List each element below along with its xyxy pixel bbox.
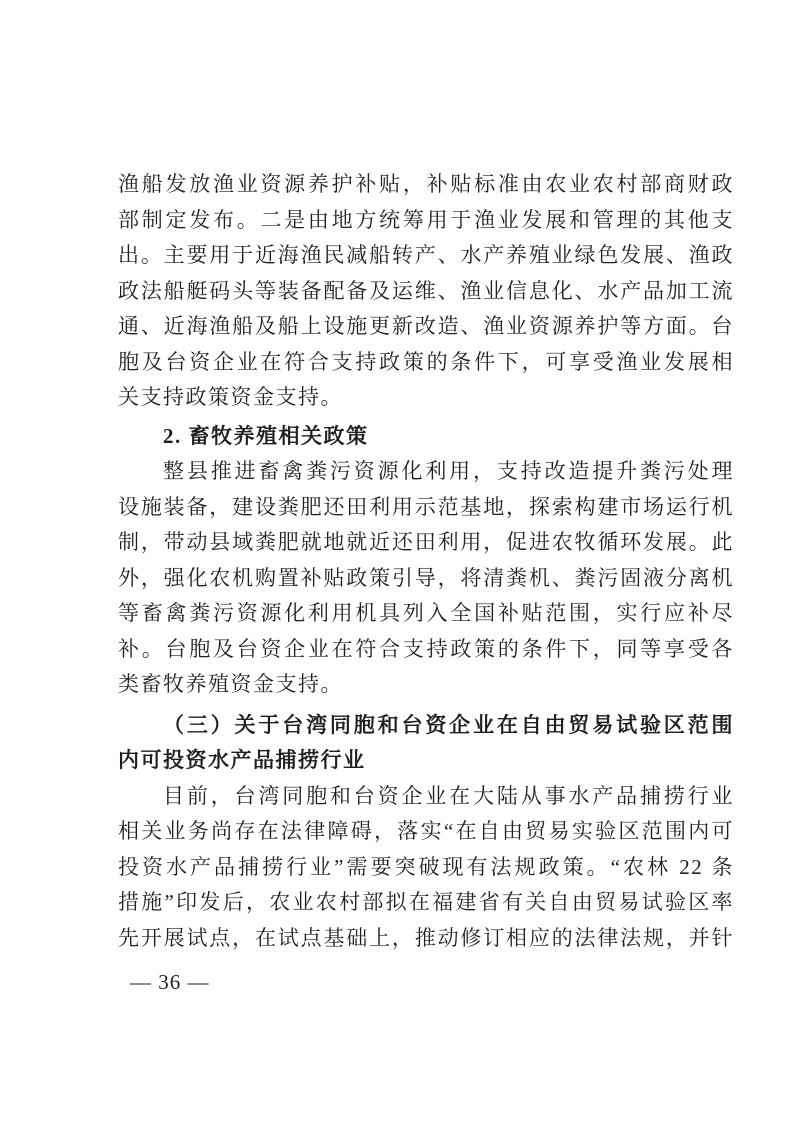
text-line: 措施”印发后，农业农村部拟在福建省有关自由贸易试验区率: [118, 885, 734, 921]
paragraph-fishery-subsidy: 渔船发放渔业资源养护补贴，补贴标准由农业农村部商财政 部制定发布。二是由地方统筹…: [118, 167, 734, 416]
page-number: — 36 —: [130, 970, 210, 995]
text-line: 等畜禽粪污资源化利用机具列入全国补贴范围，实行应补尽: [118, 596, 734, 632]
text-line: 胞及台资企业在符合支持政策的条件下，可享受渔业发展相: [118, 345, 734, 381]
text-line: 目前，台湾同胞和台资企业在大陆从事水产品捕捞行业: [118, 779, 734, 815]
text-line: 通、近海渔船及船上设施更新改造、渔业资源养护等方面。台: [118, 309, 734, 345]
text-line: 制，带动县域粪肥就地就近还田利用，促进农牧循环发展。此: [118, 525, 734, 561]
text-line: 投资水产品捕捞行业”需要突破现有法规政策。“农林 22 条: [118, 850, 734, 886]
text-line: 政法船艇码头等装备配备及运维、渔业信息化、水产品加工流: [118, 274, 734, 310]
document-page: 渔船发放渔业资源养护补贴，补贴标准由农业农村部商财政 部制定发布。二是由地方统筹…: [0, 0, 793, 1122]
paragraph-fishing-investment: 目前，台湾同胞和台资企业在大陆从事水产品捕捞行业 相关业务尚存在法律障碍，落实“…: [118, 779, 734, 957]
text-line: 外，强化农机购置补贴政策引导，将清粪机、粪污固液分离机: [118, 561, 734, 597]
text-line: 关支持政策资金支持。: [118, 380, 734, 416]
heading-line: 内可投资水产品捕捞行业: [118, 743, 734, 779]
text-line: 渔船发放渔业资源养护补贴，补贴标准由农业农村部商财政: [118, 167, 734, 203]
text-line: 部制定发布。二是由地方统筹用于渔业发展和管理的其他支: [118, 203, 734, 239]
text-line: 类畜牧养殖资金支持。: [118, 667, 734, 703]
body-text: 渔船发放渔业资源养护补贴，补贴标准由农业农村部商财政 部制定发布。二是由地方统筹…: [118, 167, 734, 956]
heading-livestock-policy: 2. 畜牧养殖相关政策: [118, 419, 734, 455]
text-line: 先开展试点，在试点基础上，推动修订相应的法律法规，并针: [118, 921, 734, 957]
heading-section-three: （三）关于台湾同胞和台资企业在自由贸易试验区范围 内可投资水产品捕捞行业: [118, 708, 734, 779]
text-line: 相关业务尚存在法律障碍，落实“在自由贸易实验区范围内可: [118, 814, 734, 850]
text-line: 设施装备，建设粪肥还田利用示范基地，探索构建市场运行机: [118, 490, 734, 526]
text-line: 整县推进畜禽粪污资源化利用，支持改造提升粪污处理: [118, 454, 734, 490]
heading-line: （三）关于台湾同胞和台资企业在自由贸易试验区范围: [118, 708, 734, 744]
text-line: 出。主要用于近海渔民减船转产、水产养殖业绿色发展、渔政: [118, 238, 734, 274]
paragraph-livestock-policy: 整县推进畜禽粪污资源化利用，支持改造提升粪污处理 设施装备，建设粪肥还田利用示范…: [118, 454, 734, 703]
text-line: 补。台胞及台资企业在符合支持政策的条件下，同等享受各: [118, 632, 734, 668]
